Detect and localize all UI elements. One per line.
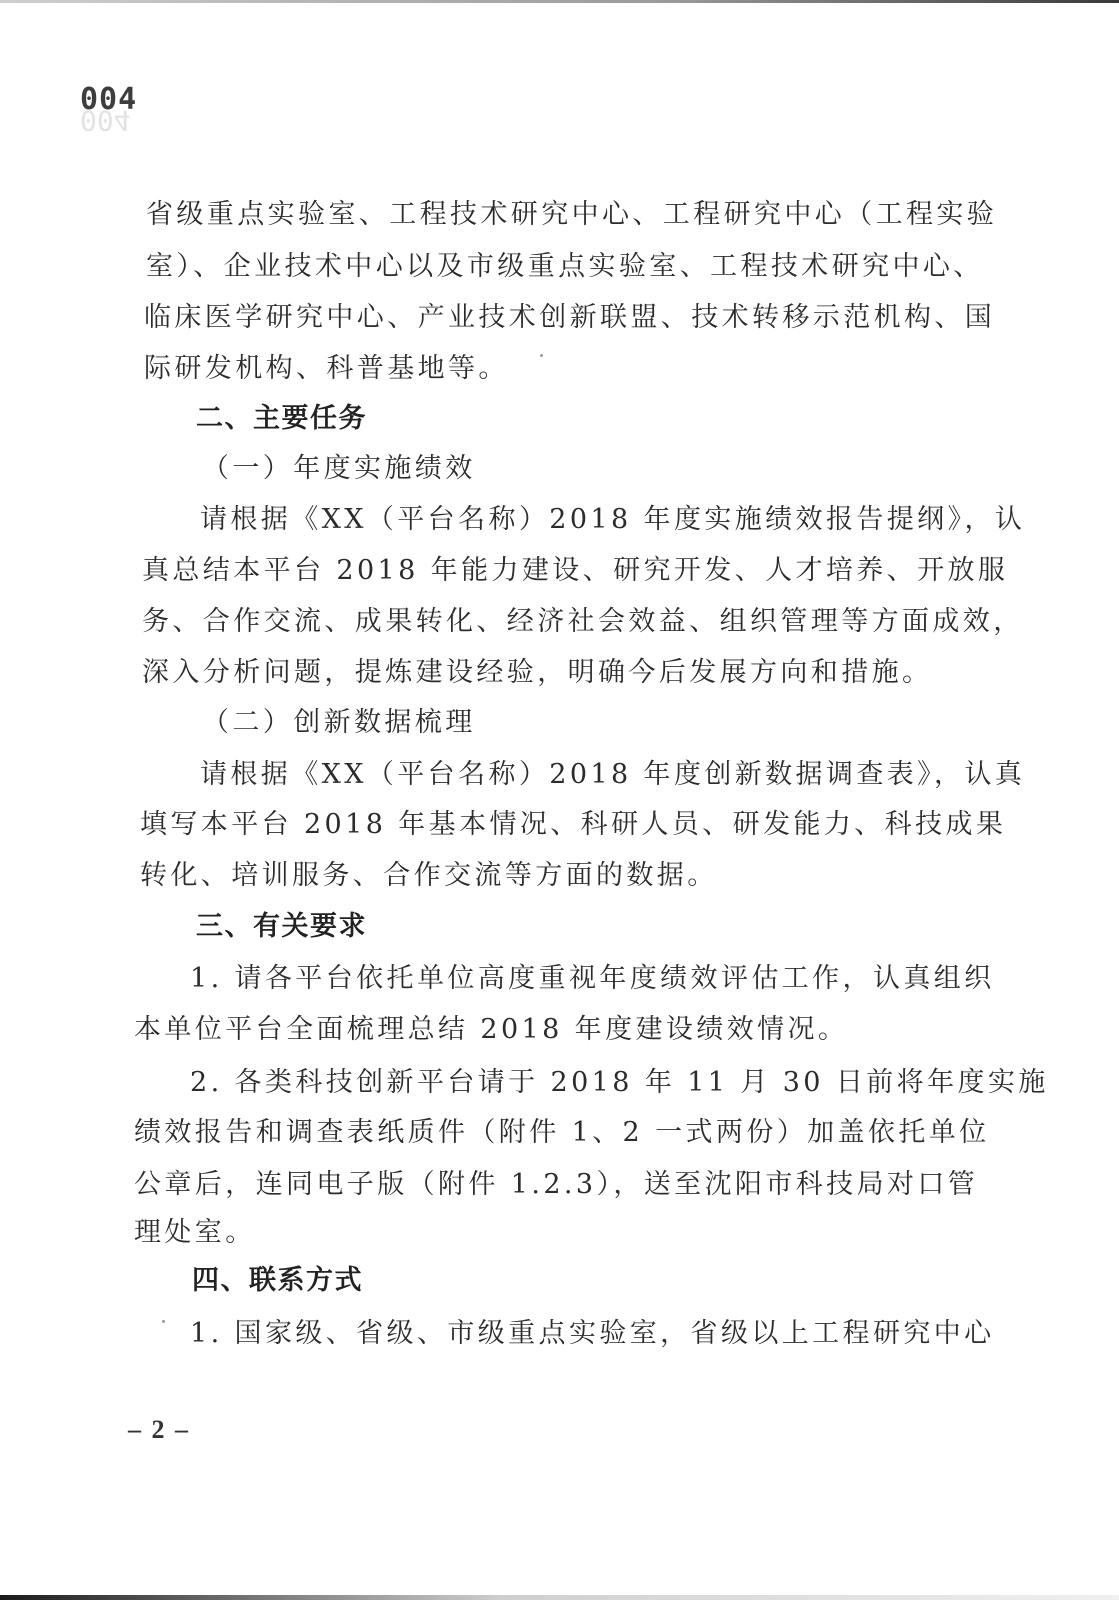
section-heading: 二、主要任务 [196, 402, 367, 436]
text-line: 本单位平台全面梳理总结 2018 年度建设绩效情况。 [134, 1013, 848, 1047]
text-line: 室）、企业技术中心以及市级重点实验室、工程技术研究中心、 [146, 250, 984, 284]
text-line: 请根据《XX（平台名称）2018 年度实施绩效报告提纲》，认 [200, 503, 1025, 537]
text-line: 转化、培训服务、合作交流等方面的数据。 [140, 859, 718, 893]
text-line: 绩效报告和调查表纸质件（附件 1、2 一式两份）加盖依托单位 [134, 1116, 990, 1150]
subsection-heading: （二）创新数据梳理 [202, 706, 476, 740]
page-stamp-ghost: 004 [80, 104, 131, 137]
text-line: 填写本平台 2018 年基本情况、科研人员、研发能力、科技成果 [140, 808, 1006, 842]
scan-speck [540, 354, 543, 357]
text-line: 理处室。 [134, 1216, 256, 1250]
text-line: 省级重点实验室、工程技术研究中心、工程研究中心（工程实验 [146, 198, 997, 232]
text-line: 际研发机构、科普基地等。 [144, 352, 509, 386]
text-line: 深入分析问题，提炼建设经验，明确今后发展方向和措施。 [142, 656, 932, 690]
text-line: 请根据《XX（平台名称）2018 年度创新数据调查表》，认真 [200, 758, 1025, 792]
section-heading: 四、联系方式 [192, 1264, 363, 1298]
section-heading: 三、有关要求 [196, 910, 367, 944]
list-item: 2. 各类科技创新平台请于 2018 年 11 月 30 日前将年度实施 [190, 1066, 1049, 1100]
text-line: 真总结本平台 2018 年能力建设、研究开发、人才培养、开放服 [142, 554, 1008, 588]
text-line: 临床医学研究中心、产业技术创新联盟、技术转移示范机构、国 [144, 301, 995, 335]
scan-speck [162, 1320, 165, 1323]
list-item: 1. 国家级、省级、市级重点实验室，省级以上工程研究中心 [190, 1317, 995, 1351]
subsection-heading: （一）年度实施绩效 [202, 452, 476, 486]
text-line: 务、合作交流、成果转化、经济社会效益、组织管理等方面成效， [142, 605, 1024, 639]
text-line: 公章后，连同电子版（附件 1.2.3），送至沈阳市科技局对口管 [134, 1168, 978, 1202]
page-number: – 2 – [128, 1415, 190, 1445]
scan-edge-bottom [0, 1595, 1119, 1600]
scan-edge-top [0, 0, 1119, 3]
list-item: 1. 请各平台依托单位高度重视年度绩效评估工作，认真组织 [190, 962, 995, 996]
